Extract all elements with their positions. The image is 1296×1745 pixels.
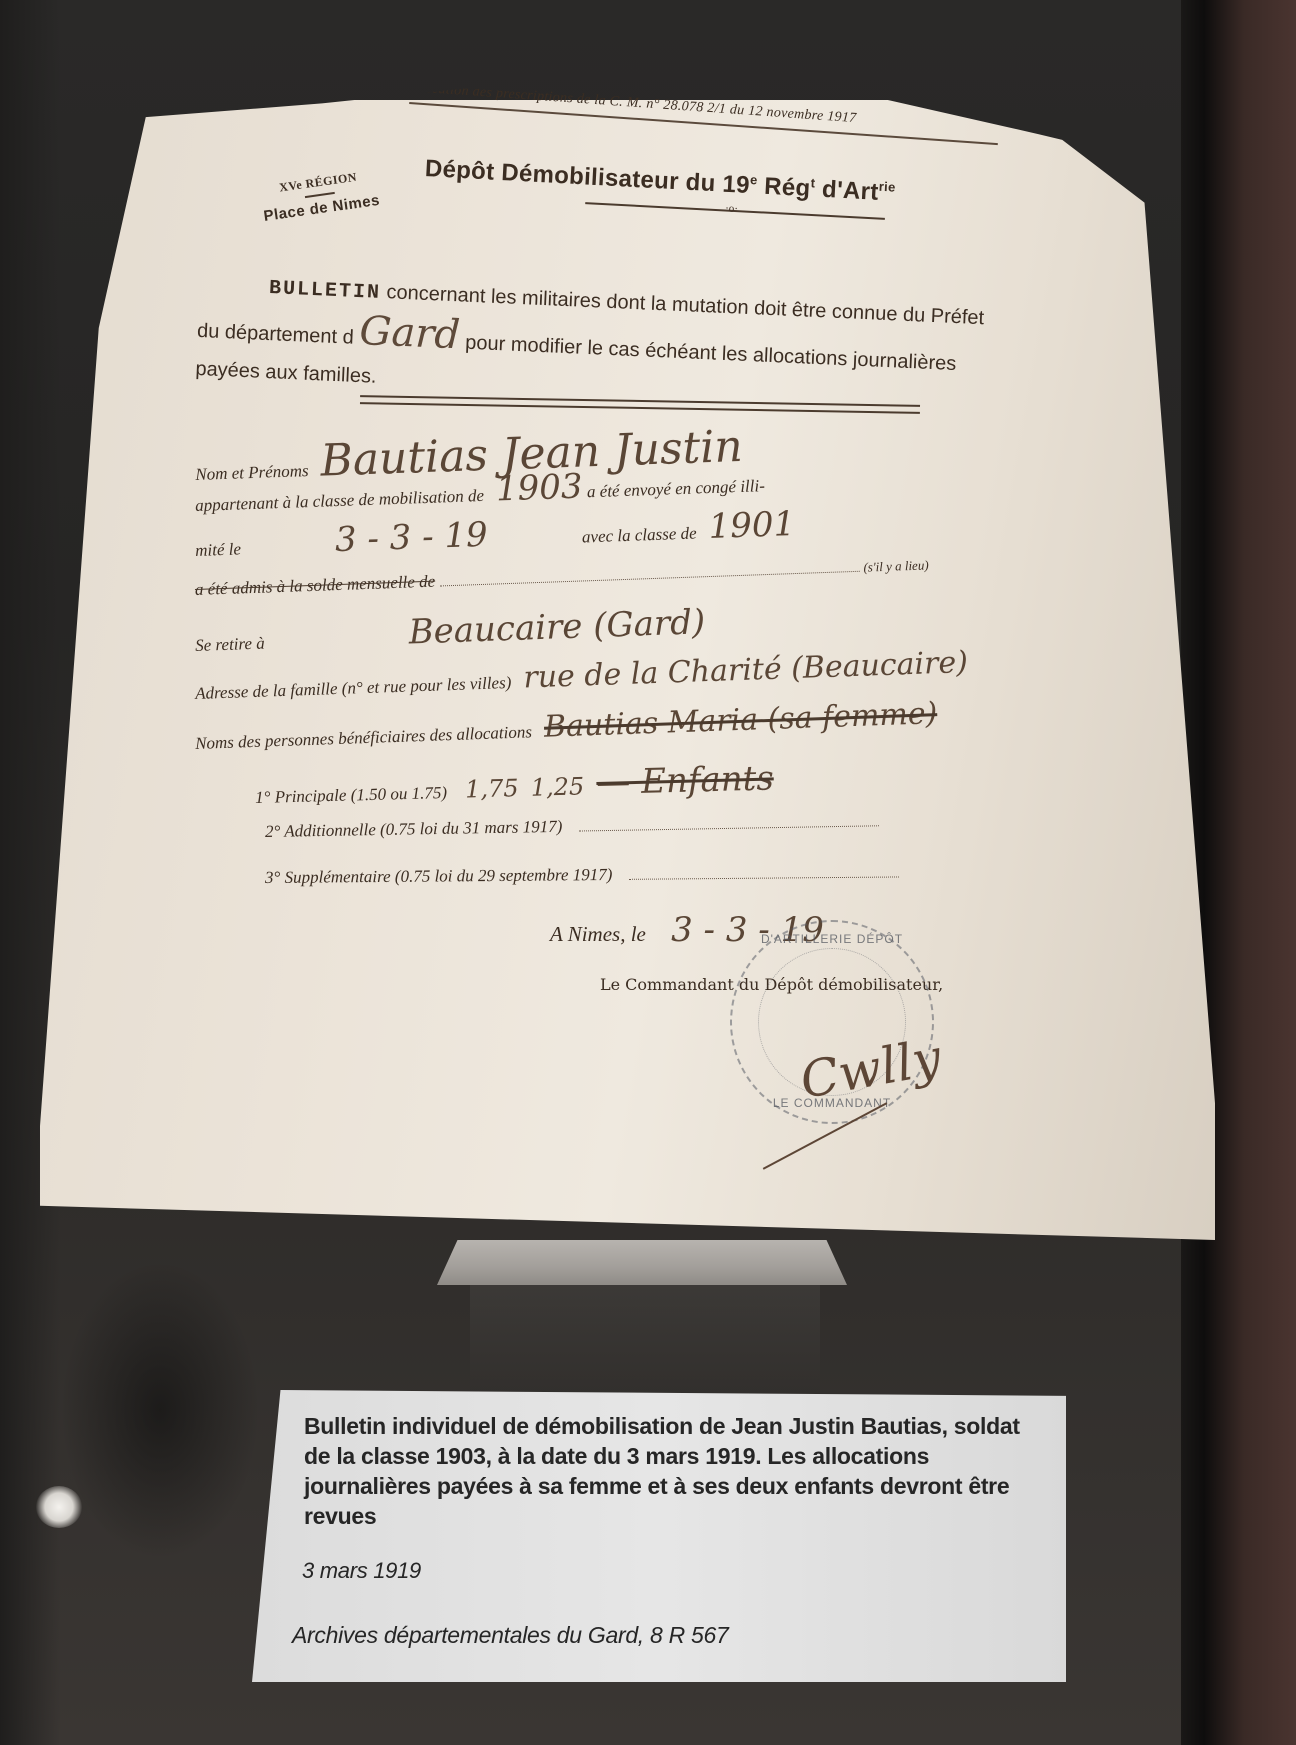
field-blank-line [440,571,860,587]
demobilisation-bulletin: Exécution des prescriptions de la C. M. … [40,100,1215,1240]
display-case-frame [1181,0,1296,1745]
acrylic-stand [437,1240,847,1285]
stand-support [470,1285,820,1395]
depot-title-main: Dépôt Démobilisateur du 19 [424,155,750,199]
ornament-icon: ·o· [725,202,738,215]
light-reflection [36,1486,82,1528]
field-label: appartenant à la classe de mobilisation … [195,486,484,515]
field-value-handwritten: Bautias Maria (sa femme) [543,696,937,745]
depot-title: Dépôt Démobilisateur du 19e Régt d'Artri… [424,155,896,208]
field-label: Se retire à [195,634,265,655]
field-value-handwritten: 3 - 3 - 19 [334,515,488,560]
allocation-label: 1° Principale (1.50 ou 1.75) [255,783,447,807]
bulletin-lead: BULLETIN [269,277,382,305]
divider [305,192,335,198]
display-case-edge [0,0,60,1745]
allocation-label: 2° Additionnelle (0.75 loi du 31 mars 19… [265,817,563,841]
label-description: Bulletin individuel de démobilisation de… [304,1411,1024,1531]
field-label: mité le [195,539,241,560]
field-label: Adresse de la famille (n° et rue pour le… [195,673,512,703]
field-value-handwritten: rue de la Charité (Beaucaire) [523,645,969,695]
region-block: XVe RÉGION Place de Nimes [238,164,402,228]
stamp-text-top: D'ARTILLERIE DÉPÔT [732,932,932,946]
depot-title-rest: Rég [757,172,812,202]
allocation-label: 3° Supplémentaire (0.75 loi du 29 septem… [265,865,613,887]
execution-note: Exécution des prescriptions de la C. M. … [409,80,999,145]
label-date: 3 mars 1919 [302,1558,421,1584]
allocation-amount-1: 1,75 [465,774,519,803]
field-value-handwritten: Beaucaire (Gard) [408,602,706,652]
allocation-supplementary: 3° Supplémentaire (0.75 loi du 29 septem… [265,860,1165,888]
title-ornament-rule: ·o· [585,202,885,222]
shadow [60,1260,260,1560]
field-suffix: avec la classe de [582,523,697,546]
depot-title-end: d'Art [814,175,879,205]
allocation-principal: 1° Principale (1.50 ou 1.75) 1,75 1,25 —… [254,748,1155,812]
place-date-label: A Nimes, le [550,922,646,946]
department-handwritten: Gard [359,308,461,358]
field-value-handwritten: 1903 [495,466,583,509]
allocation-value-handwritten: — Enfants [596,758,774,803]
allocation-additional: 2° Additionnelle (0.75 loi du 31 mars 19… [265,806,1165,842]
field-suffix: a été envoyé en congé illi- [587,476,765,501]
field-label: Noms des personnes bénéficiaires des all… [195,722,532,753]
field-blank-line [579,825,879,831]
field-note: (s'il y a lieu) [863,557,929,574]
museum-label-card: Bulletin individuel de démobilisation de… [252,1390,1066,1682]
field-suffix-value-handwritten: 1901 [708,504,796,547]
depot-title-sup3: rie [878,179,896,195]
allocation-amount-2: 1,25 [530,772,584,801]
field-label-struck: a été admis à la solde mensuelle de [195,572,436,599]
label-source: Archives départementales du Gard, 8 R 56… [292,1622,728,1649]
field-blank-line [629,876,899,879]
